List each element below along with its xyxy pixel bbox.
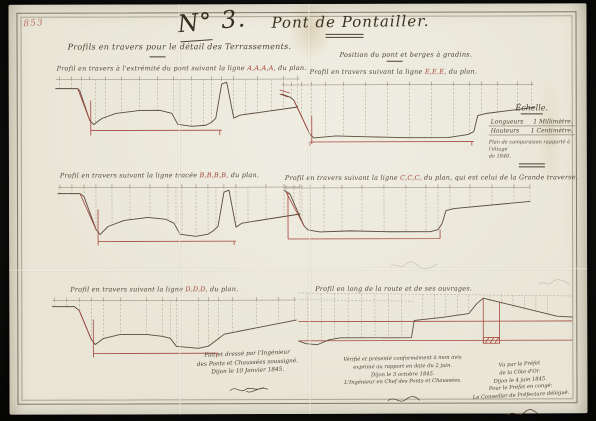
fold-crease-vertical-right bbox=[307, 4, 311, 414]
document-title: Pont de Pontailler. bbox=[271, 12, 429, 32]
document-title-underline bbox=[326, 34, 364, 38]
caption-text: du plan. bbox=[276, 64, 307, 72]
legend-note-line1: Plan de comparaison rapporté à l'étiage bbox=[489, 139, 570, 152]
fold-crease-horizontal bbox=[9, 267, 587, 272]
legend-title: Échelle. bbox=[489, 103, 575, 112]
legend-title-underline bbox=[521, 113, 543, 114]
caption-text: du plan. bbox=[446, 68, 477, 76]
archival-number: 853 bbox=[23, 18, 44, 29]
caption-text: du plan, qui est celui de la Grande trav… bbox=[422, 173, 578, 181]
signature-line: L'Ingénieur en Chef des Ponts et Chaussé… bbox=[330, 378, 475, 389]
scale-legend: Échelle. Longueurs 1 Millimètre. Hauteur… bbox=[489, 103, 575, 163]
legend-row-label: Hauteurs bbox=[491, 127, 519, 134]
caption-line-letters: E,E,E, bbox=[425, 68, 447, 76]
caption-text: du plan. bbox=[228, 171, 259, 179]
chief-signature-flourish bbox=[385, 395, 421, 405]
caption-line-letters: C,C,C, bbox=[400, 174, 422, 182]
legend-row-label: Longueurs bbox=[491, 118, 524, 125]
paper-sheet: 853 N° 3. Pont de Pontailler. Profils en… bbox=[8, 3, 587, 415]
caption-line-letters: A,A,A,A, bbox=[247, 64, 276, 72]
signature-block-prefect: Vu par le Préfet de la Côte d'Or. Dijon … bbox=[467, 359, 575, 421]
legend-bottom-rule bbox=[519, 164, 545, 168]
legend-row-heights: Hauteurs 1 Centimètre. bbox=[489, 126, 575, 135]
profile-drawing-c bbox=[280, 181, 535, 257]
section-title-right-underline bbox=[387, 61, 403, 62]
prefect-signature-flourish bbox=[505, 407, 539, 418]
legend-row-lengths: Longueurs 1 Millimètre. bbox=[489, 117, 575, 126]
section-title-right: Position du pont et berges à gradins. bbox=[340, 51, 473, 59]
caption-line-letters: D,D,D, bbox=[185, 285, 207, 293]
pencil-scribble bbox=[537, 277, 571, 289]
section-title-left-underline bbox=[150, 56, 166, 57]
legend-row-value: 1 Centimètre. bbox=[531, 127, 573, 134]
photo-of-document: 853 N° 3. Pont de Pontailler. Profils en… bbox=[0, 0, 596, 421]
caption-text: du plan. bbox=[208, 285, 239, 293]
legend-row-value: 1 Millimètre. bbox=[533, 118, 573, 125]
legend-note: Plan de comparaison rapporté à l'étiage … bbox=[489, 139, 575, 159]
legend-note-line2: de 1840. bbox=[489, 153, 511, 159]
pencil-scribble bbox=[389, 258, 441, 274]
engineer-signature-flourish bbox=[227, 382, 269, 394]
caption-line-letters: B,B,B,B, bbox=[199, 171, 228, 179]
profile-drawing-long bbox=[298, 289, 574, 361]
document-number: N° 3. bbox=[176, 4, 247, 38]
signature-block-chief-engineer: Vérifié et présenté conformément à mon a… bbox=[330, 354, 476, 412]
